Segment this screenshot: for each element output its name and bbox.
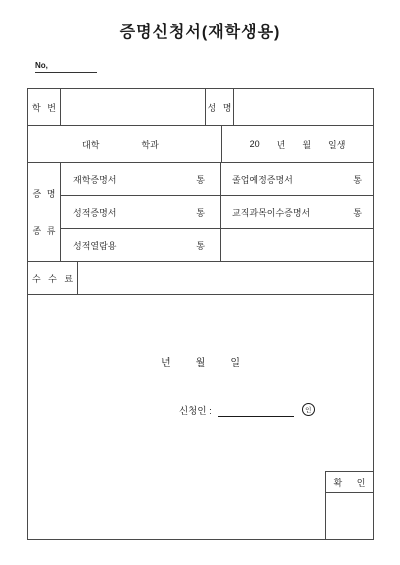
date-line: 년 월 일	[28, 354, 373, 369]
birthdate-cell[interactable]: 20 년 월 일생	[222, 126, 373, 162]
page-title: 증명신청서(재학생용)	[0, 19, 400, 42]
date-month-label: 월	[196, 354, 206, 369]
birth-year-label: 년	[277, 138, 286, 151]
college-birth-row: 대학 학과 20 년 월 일생	[28, 126, 373, 163]
cert-row-2: 성적증명서 통 교직과목이수증명서 통	[61, 196, 373, 229]
birth-day-label: 일생	[328, 138, 345, 151]
cert-name: 성적증명서	[73, 206, 116, 219]
birth-year-prefix: 20	[250, 139, 260, 149]
applicant-label: 신청인 :	[179, 403, 212, 417]
cert-grade-view-cell[interactable]: 성적열람용 통	[61, 229, 221, 261]
confirmation-box: 확 인	[325, 471, 373, 539]
form-table: 학 번 성 명 대학 학과 20 년 월 일생 증 명	[27, 88, 374, 540]
form-number-field[interactable]: No,	[35, 61, 97, 73]
cert-name: 재학증명서	[73, 173, 116, 186]
cert-type-label: 증 명 종 류	[28, 163, 61, 261]
cert-enrollment-cell[interactable]: 재학증명서 통	[61, 163, 221, 195]
name-label-text: 성 명	[208, 101, 232, 114]
cert-unit: 통	[353, 173, 362, 186]
student-id-label-text: 학 번	[32, 101, 56, 114]
no-label: No,	[35, 61, 48, 70]
college-label: 대학	[82, 138, 99, 151]
cert-name: 교직과목이수증명서	[232, 206, 310, 219]
applicant-line: 신청인 : 인	[179, 403, 315, 417]
cert-type-label-line1: 증 명	[33, 187, 56, 200]
confirm-label: 확 인	[326, 472, 373, 493]
confirm-label-text: 확 인	[334, 476, 366, 489]
date-day-label: 일	[230, 354, 240, 369]
fee-label-text: 수 수 료	[32, 272, 73, 285]
applicant-signature-field[interactable]	[218, 405, 294, 417]
college-dept-cell[interactable]: 대학 학과	[28, 126, 222, 162]
cert-grid: 재학증명서 통 졸업예정증명서 통 성적증명서 통 교직과목이수증명서	[61, 163, 373, 261]
fee-row: 수 수 료	[28, 262, 373, 295]
cert-name: 성적열람용	[73, 239, 116, 252]
cert-row-3: 성적열람용 통	[61, 229, 373, 261]
fee-label: 수 수 료	[28, 262, 78, 294]
cert-transcript-cell[interactable]: 성적증명서 통	[61, 196, 221, 228]
identity-row: 학 번 성 명	[28, 89, 373, 126]
cert-empty-cell[interactable]	[221, 229, 373, 261]
fee-input-cell[interactable]	[78, 262, 373, 294]
cert-teaching-course-cell[interactable]: 교직과목이수증명서 통	[221, 196, 373, 228]
cert-row-1: 재학증명서 통 졸업예정증명서 통	[61, 163, 373, 196]
student-id-label: 학 번	[28, 89, 61, 125]
name-input-cell[interactable]	[234, 89, 373, 125]
date-year-label: 년	[161, 354, 171, 369]
confirm-stamp-cell[interactable]	[326, 493, 373, 539]
dept-label: 학과	[141, 138, 158, 151]
student-id-input-cell[interactable]	[61, 89, 206, 125]
birth-month-label: 월	[302, 138, 311, 151]
cert-unit: 통	[196, 206, 205, 219]
name-label: 성 명	[206, 89, 234, 125]
signature-area: 년 월 일 신청인 : 인 확 인	[28, 295, 373, 539]
seal-char: 인	[305, 405, 311, 414]
cert-type-label-line2: 종 류	[33, 224, 56, 237]
cert-expected-graduation-cell[interactable]: 졸업예정증명서 통	[221, 163, 373, 195]
certificate-application-form: 증명신청서(재학생용) No, 학 번 성 명 대학 학과 20 년 월	[0, 0, 400, 565]
certificate-type-section: 증 명 종 류 재학증명서 통 졸업예정증명서 통 성적증명서	[28, 163, 373, 262]
cert-name: 졸업예정증명서	[232, 173, 293, 186]
cert-unit: 통	[353, 206, 362, 219]
seal-mark-icon: 인	[302, 403, 315, 416]
cert-unit: 통	[196, 239, 205, 252]
cert-unit: 통	[196, 173, 205, 186]
